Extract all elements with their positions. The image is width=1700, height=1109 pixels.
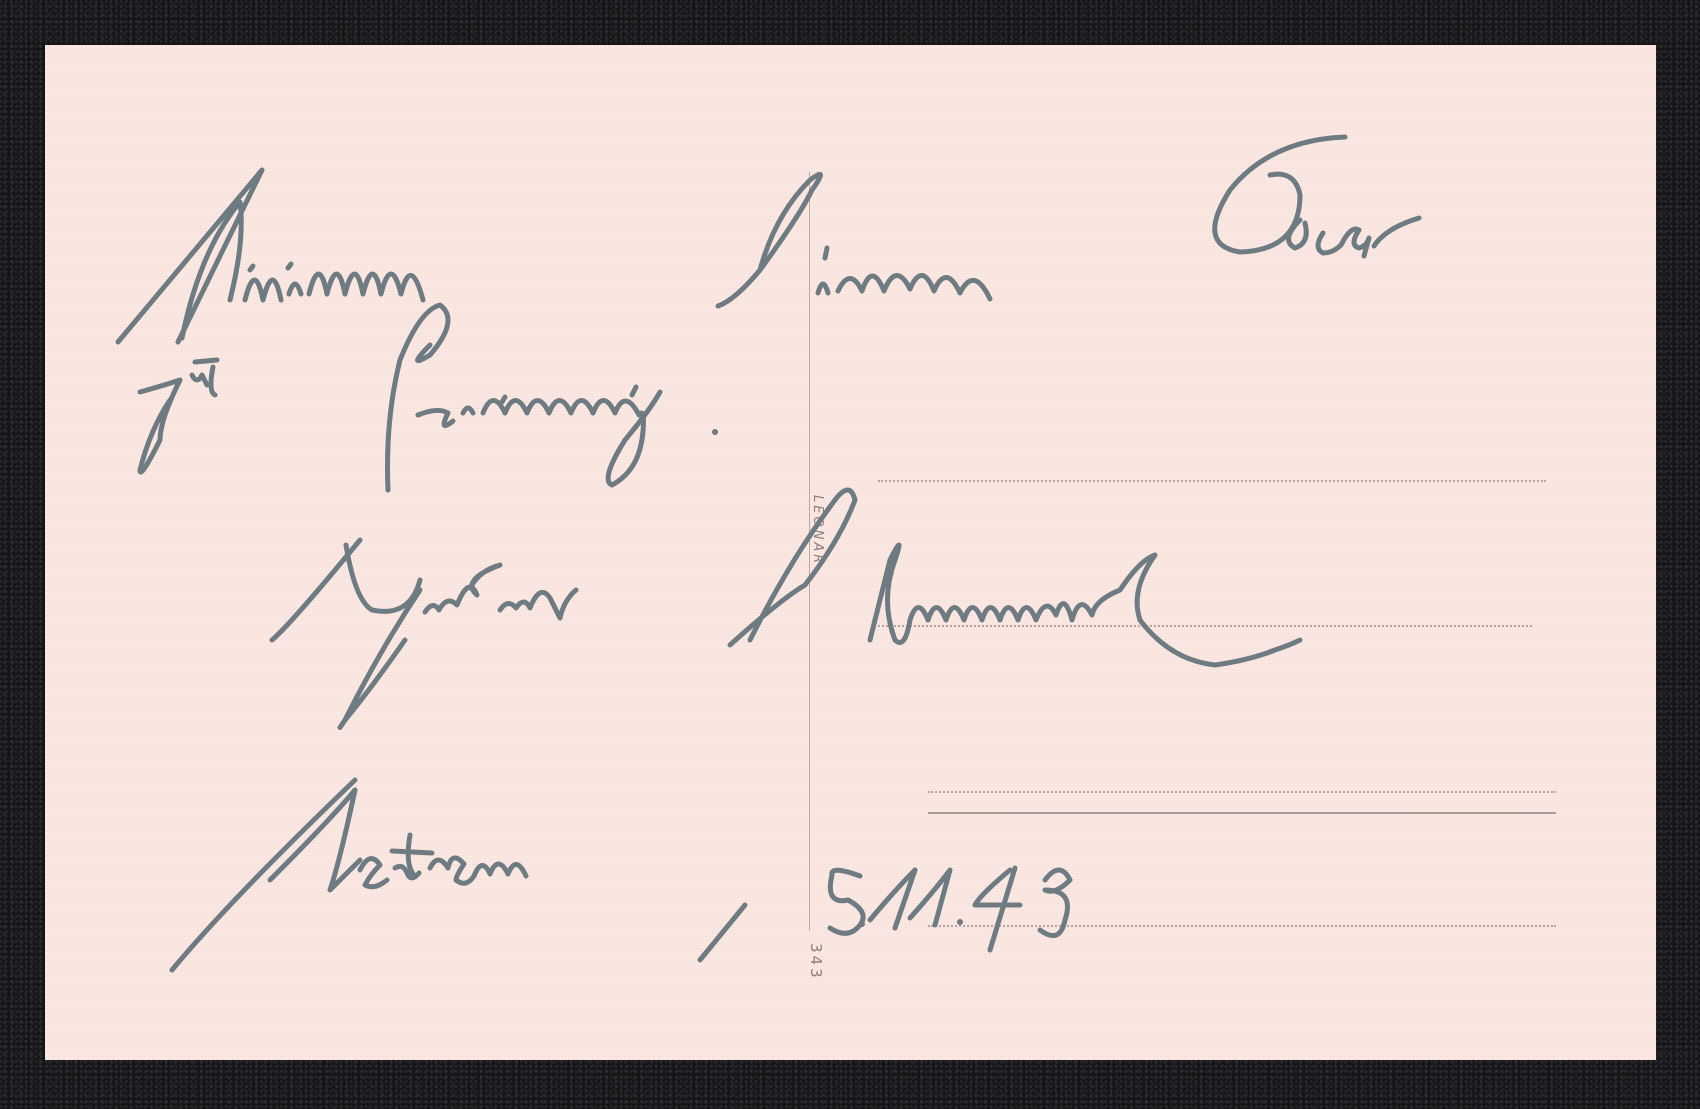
signature: Theodor Hummerich [272,520,1285,632]
message-line-2: zur Erinnerung. [140,330,788,423]
address-line-1 [878,480,1546,482]
place-and-date: Uetersen, 5.11.43 [172,800,992,905]
address-underline [928,812,1556,814]
serial-number: 343 [807,943,825,981]
address-line-4 [928,925,1556,927]
address-line-3 [928,791,1556,793]
message-line-1: Meinem lieben Oscar [118,180,1158,292]
